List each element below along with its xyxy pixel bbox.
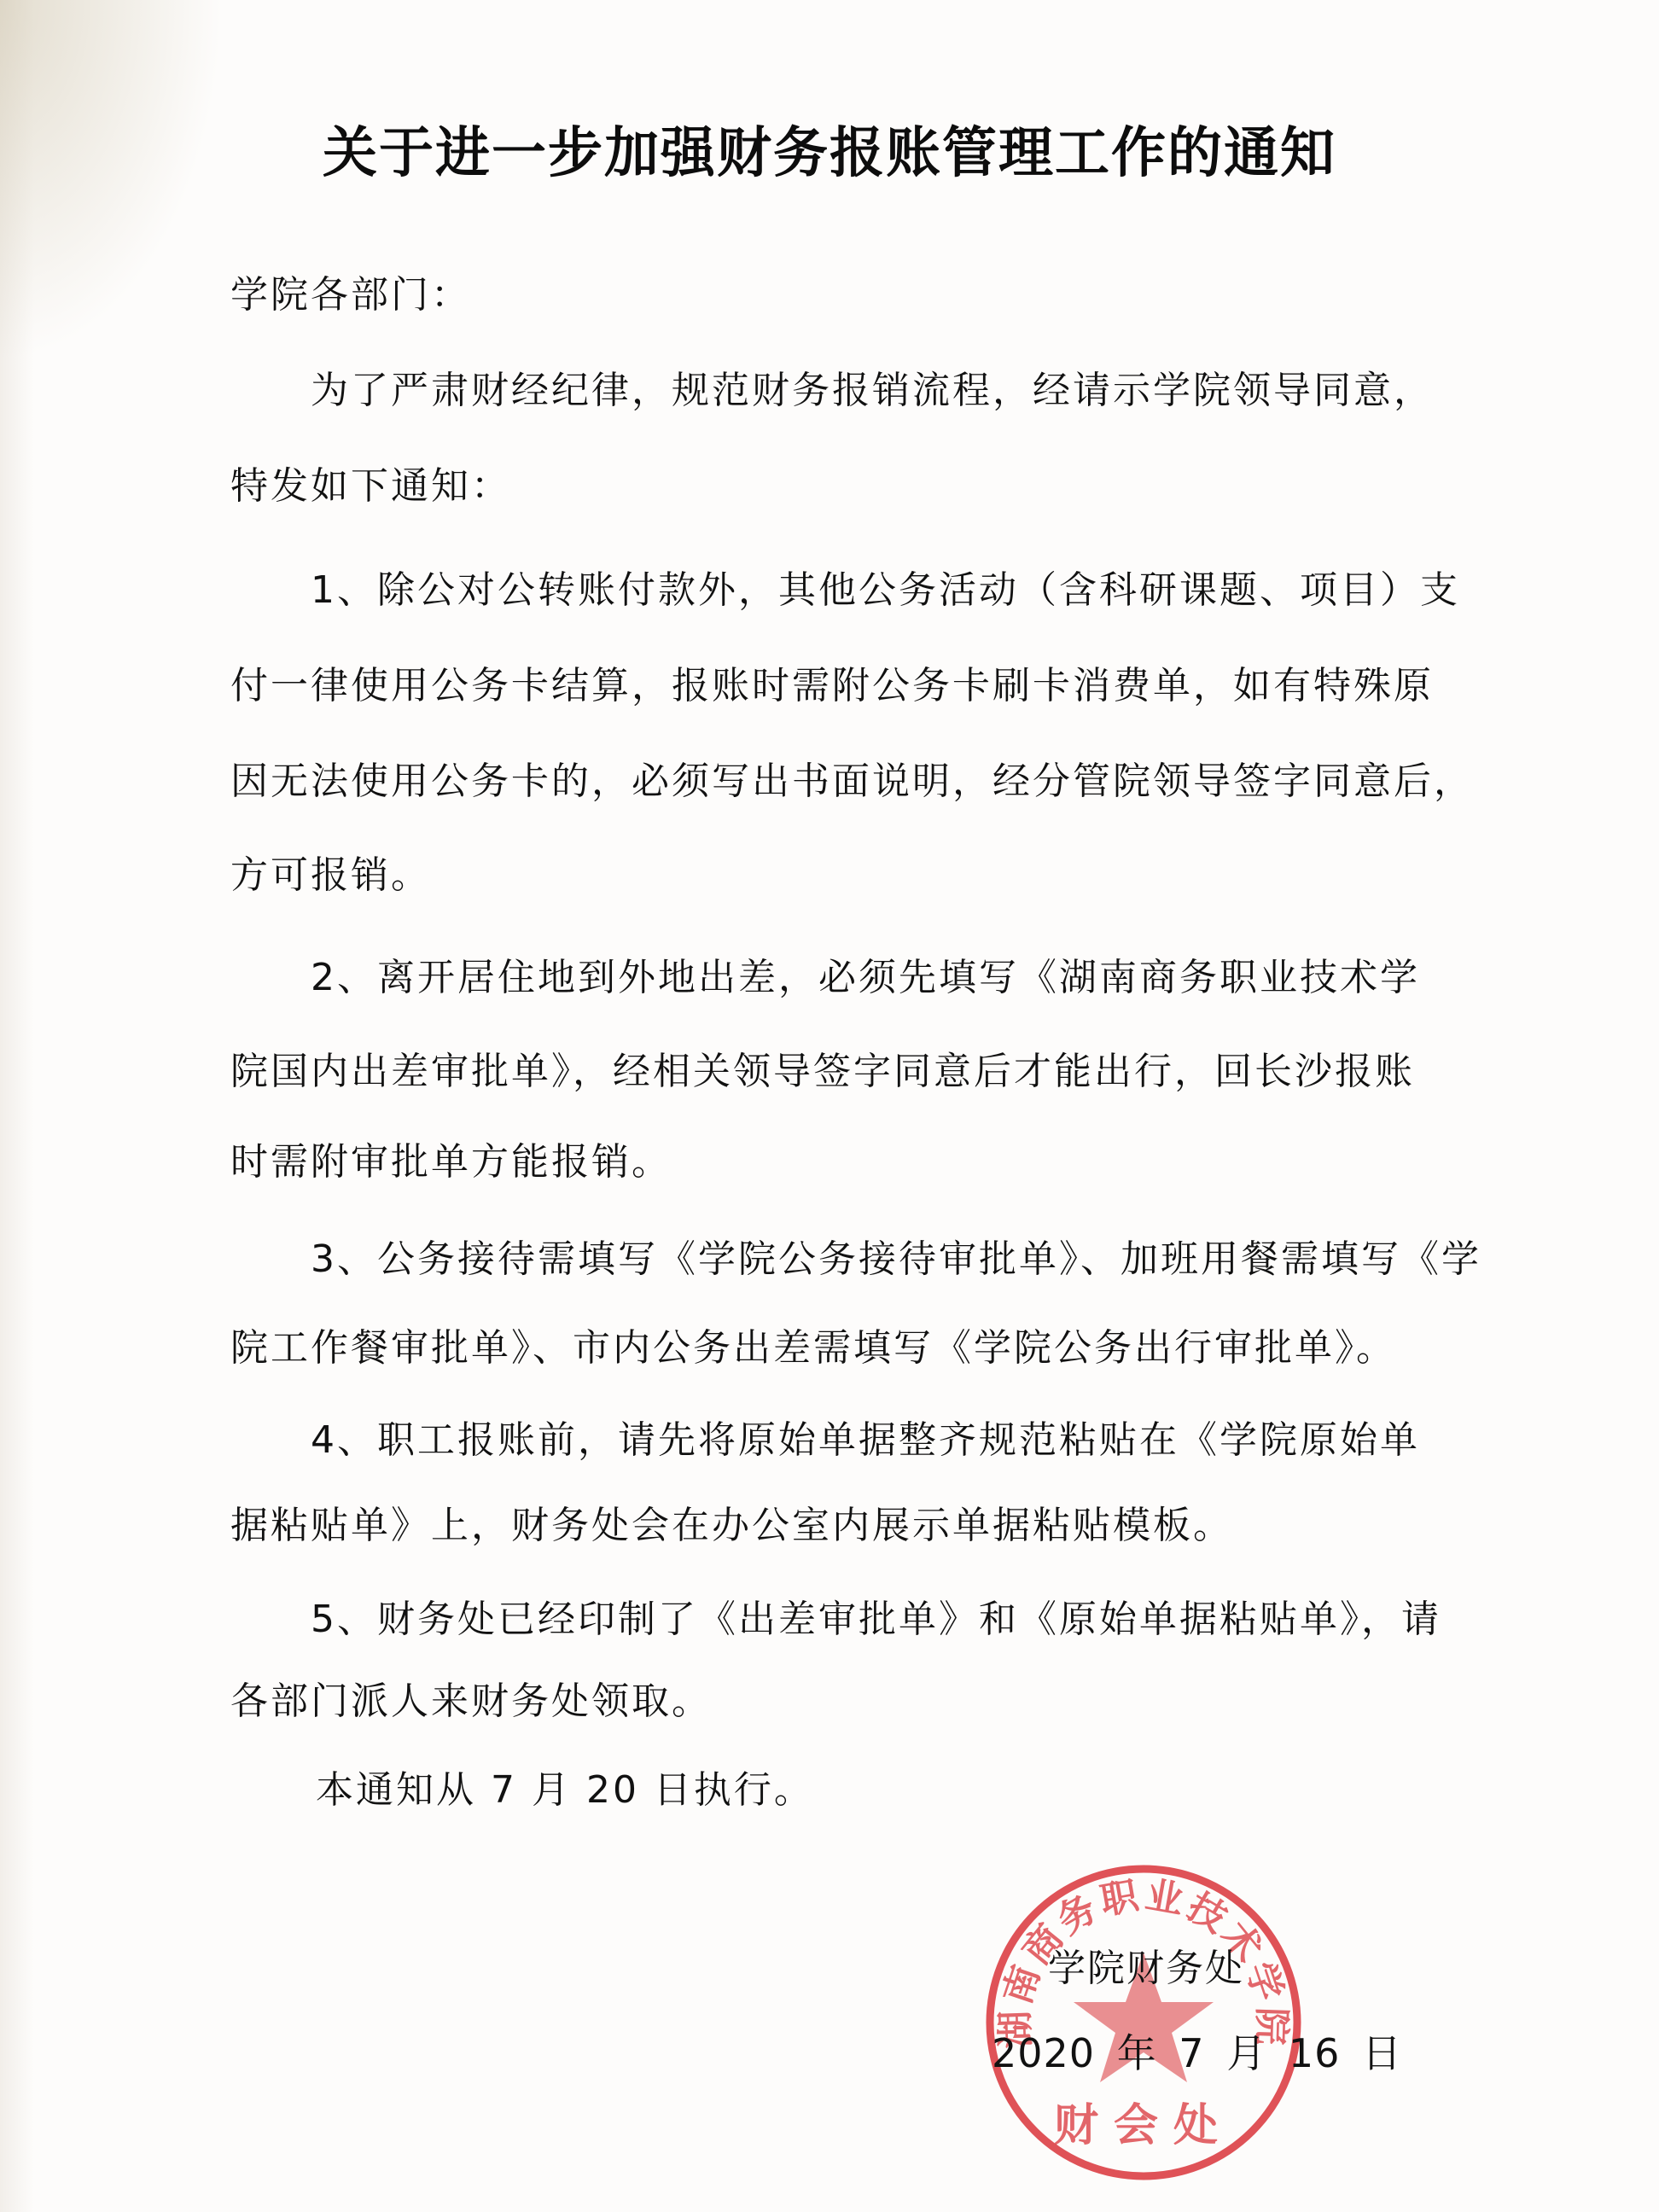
item-4-line: 据粘贴单》上，财务处会在办公室内展示单据粘贴模板。	[230, 1502, 1233, 1550]
item-3-line: 院工作餐审批单》、市内公务出差需填写《学院公务出行审批单》。	[230, 1324, 1396, 1372]
signature-department: 学院财务处	[1048, 1937, 1244, 1992]
signature-date: 2020 年 7 月 16 日	[992, 2023, 1402, 2079]
svg-text:财会处: 财会处	[1054, 2100, 1233, 2151]
item-3-line: 3、公务接待需填写《学院公务接待审批单》、加班用餐需填写《学	[311, 1236, 1481, 1284]
document-title: 关于进一步加强财务报账管理工作的通知	[0, 109, 1659, 188]
intro-line-1: 为了严肃财经纪律，规范财务报销流程，经请示学院领导同意，	[311, 367, 1434, 415]
item-2-line: 院国内出差审批单》，经相关领导签字同意后才能出行，回长沙报账	[230, 1048, 1415, 1096]
item-5-line: 各部门派人来财务处领取。	[230, 1678, 712, 1726]
item-1-line: 1、除公对公转账付款外，其他公务活动（含科研课题、项目）支	[311, 567, 1460, 614]
item-4-line: 4、职工报账前，请先将原始单据整齐规范粘贴在《学院原始单	[311, 1417, 1420, 1464]
item-1-line: 方可报销。	[230, 852, 431, 899]
intro-line-2: 特发如下通知：	[230, 463, 511, 510]
item-2-line: 2、离开居住地到外地出差，必须先填写《湖南商务职业技术学	[311, 954, 1420, 1002]
item-1-line: 因无法使用公务卡的，必须写出书面说明，经分管院领导签字同意后，	[230, 758, 1474, 806]
item-5-line: 5、财务处已经印制了《出差审批单》和《原始单据粘贴单》，请	[311, 1596, 1441, 1644]
salutation: 学院各部门：	[230, 271, 471, 319]
notice-document: 关于进一步加强财务报账管理工作的通知 学院各部门： 为了严肃财经纪律，规范财务报…	[0, 0, 1659, 2212]
effective-date-line: 本通知从 7 月 20 日执行。	[316, 1767, 814, 1814]
item-2-line: 时需附审批单方能报销。	[230, 1138, 672, 1186]
item-1-line: 付一律使用公务卡结算，报账时需附公务卡刷卡消费单，如有特殊原	[230, 662, 1434, 710]
